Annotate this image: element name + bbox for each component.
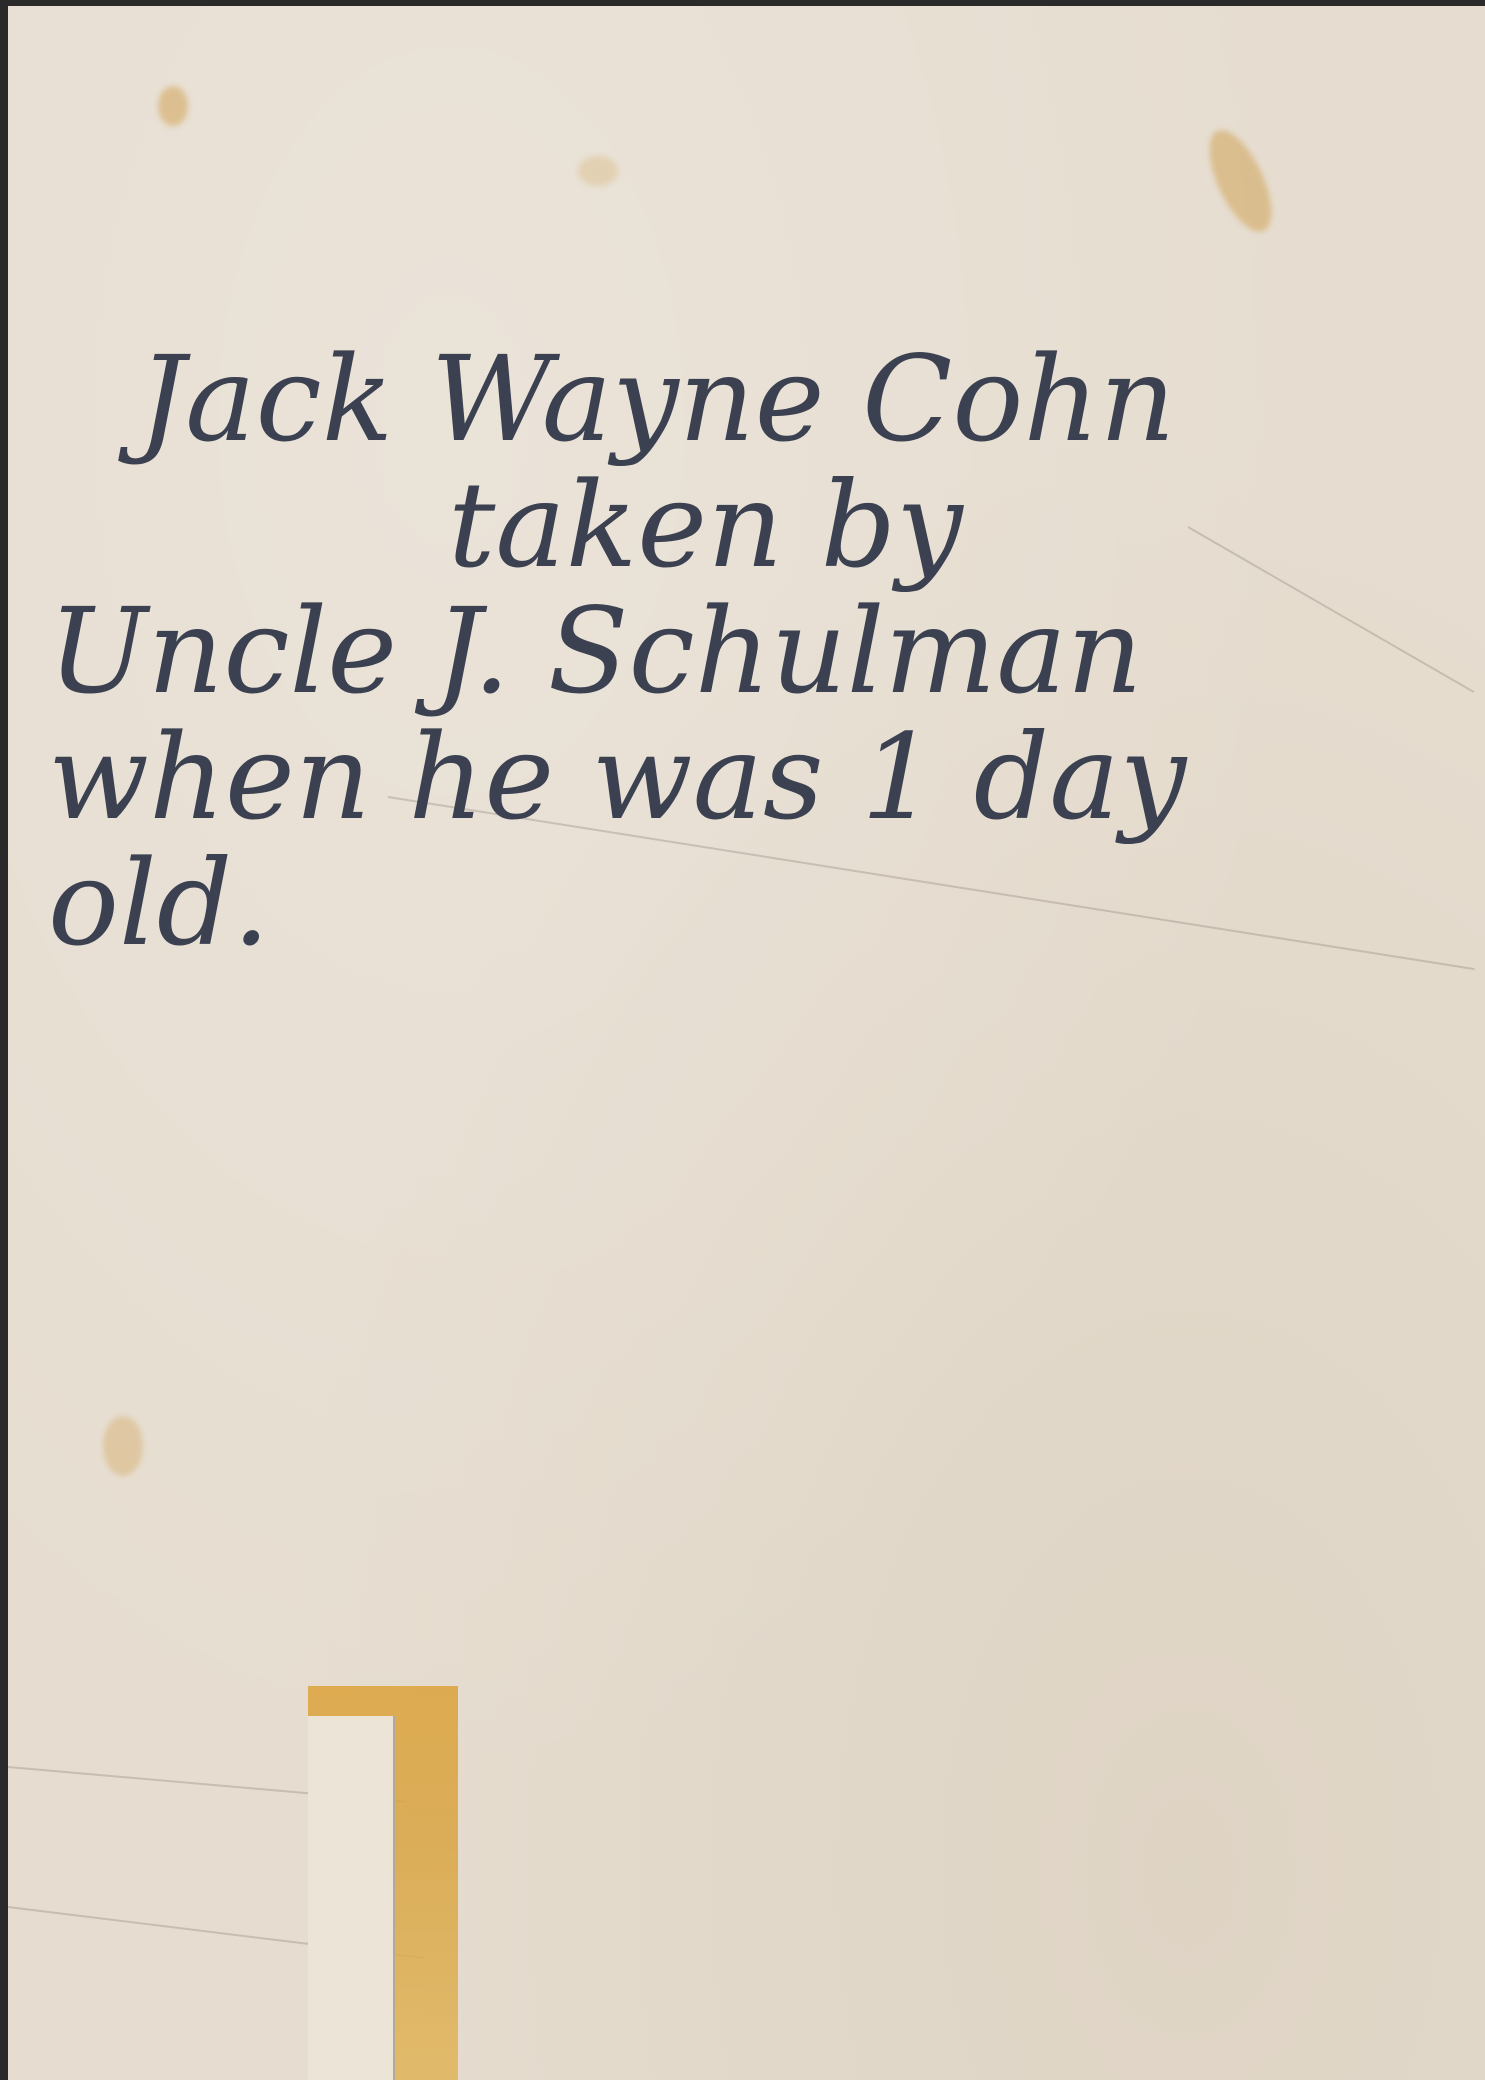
handwritten-inscription: Jack Wayne Cohn taken by Uncle J. Schulm…	[48, 336, 1298, 966]
torn-paper	[308, 1716, 395, 2080]
inscription-line: old.	[48, 840, 1298, 966]
stain	[103, 1416, 143, 1476]
stain	[578, 156, 618, 186]
inscription-line: Uncle J. Schulman	[48, 588, 1298, 714]
inscription-line: Jack Wayne Cohn	[48, 336, 1298, 462]
stain	[1197, 122, 1284, 241]
stain	[158, 86, 188, 126]
photo-card-back: Jack Wayne Cohn taken by Uncle J. Schulm…	[8, 6, 1485, 2080]
inscription-line: when he was 1 day	[48, 714, 1298, 840]
inscription-line: taken by	[48, 462, 1298, 588]
